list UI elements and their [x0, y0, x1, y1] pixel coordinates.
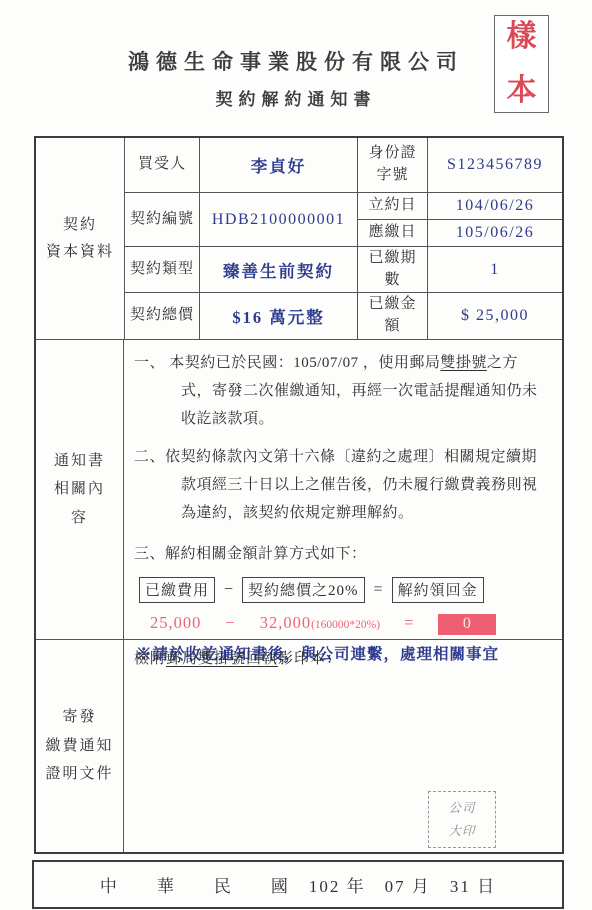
section-label-notice-content: 通知書 相關內 容 — [36, 340, 124, 639]
sign-date-label: 立約日 — [357, 192, 427, 219]
due-date-value: 105/06/26 — [427, 219, 562, 246]
attachment-line: 檢附郵局雙掛號回執影印本： — [134, 651, 342, 667]
notice-item-1-underlined: 雙掛號 — [440, 355, 487, 371]
formula-paid-fees-box: 已繳費用 — [139, 577, 215, 603]
attachment-prefix: 檢附 — [134, 651, 166, 667]
buyer-label: 買受人 — [124, 138, 199, 192]
proof-documents-section: 寄發 繳費通知 證明文件 檢附郵局雙掛號回執影印本： 公司 大印 — [36, 639, 562, 852]
due-date-label: 應繳日 — [357, 219, 427, 246]
total-price-value: $16 萬元整 — [199, 292, 357, 339]
notice-content-section: 通知書 相關內 容 一、 本契約已於民國：105/07/07 ，使用郵局雙掛號之… — [36, 339, 562, 639]
notice-item-3-heading: 三、解約相關金額計算方式如下： — [134, 541, 548, 569]
contract-no-label: 契約編號 — [124, 192, 199, 246]
contract-type-label: 契約類型 — [124, 246, 199, 292]
company-seal-placeholder: 公司 大印 — [428, 791, 496, 848]
buyer-value: 李貞好 — [199, 138, 357, 192]
formula-refund-box: 解約領回金 — [392, 577, 484, 603]
stamp-char-top: 樣 — [507, 22, 537, 52]
contract-notice-table: 契約 資本資料 買受人 李貞好 身份證 字號 S123456789 契約編號 H… — [34, 136, 564, 854]
id-number-value: S123456789 — [427, 138, 562, 192]
sign-date-value: 104/06/26 — [427, 192, 562, 219]
formula-twenty-percent-box: 契約總價之20% — [242, 577, 365, 603]
paid-periods-label: 已繳期 數 — [357, 246, 427, 292]
id-number-label: 身份證 字號 — [357, 138, 427, 192]
calc-paid-amount: 25,000 — [150, 613, 201, 633]
section-label-proof-documents: 寄發 繳費通知 證明文件 — [36, 640, 124, 852]
notice-item-1: 一、 本契約已於民國：105/07/07 ，使用郵局雙掛號之方式，寄發二次催繳通… — [134, 350, 548, 433]
formula-equals-sign: = — [374, 581, 383, 599]
notice-item-1-text: 一、 本契約已於民國：105/07/07 ，使用郵局 — [134, 355, 440, 371]
contract-info-section: 契約 資本資料 買受人 李貞好 身份證 字號 S123456789 契約編號 H… — [36, 138, 562, 339]
notice-item-2: 二、依契約條款內文第十六條〔違約之處理〕相關規定續期款項經三十日以上之催告後，仍… — [134, 444, 548, 527]
refund-formula-row: 已繳費用 − 契約總價之20% = 解約領回金 — [139, 577, 548, 603]
formula-minus-sign: − — [224, 581, 233, 599]
paid-amount-value: $ 25,000 — [427, 292, 562, 339]
contract-type-value: 臻善生前契約 — [199, 246, 357, 292]
calc-minus-sign: − — [225, 613, 235, 633]
proof-documents-body: 檢附郵局雙掛號回執影印本： 公司 大印 — [124, 640, 562, 852]
attachment-suffix: 影印本： — [278, 651, 342, 667]
section-label-contract-info: 契約 資本資料 — [36, 138, 124, 339]
sample-stamp: 樣 本 — [494, 15, 549, 113]
stamp-char-bottom: 本 — [507, 76, 537, 106]
calc-equals-sign: = — [404, 613, 414, 633]
roc-date-bar: 中 華 民 國 102 年 07 月 31 日 — [32, 860, 564, 909]
calc-deduction: 32,000(160000*20%) — [260, 613, 380, 633]
refund-calculation-row: 25,000 − 32,000(160000*20%) = 0 — [150, 613, 548, 635]
document-page: 鴻德生命事業股份有限公司 契約解約通知書 樣 本 契約 資本資料 買受人 李貞好… — [0, 0, 592, 910]
calc-deduction-amount: 32,000 — [260, 613, 311, 632]
paid-periods-value: 1 — [427, 246, 562, 292]
attachment-underlined: 郵局雙掛號回執 — [166, 651, 278, 667]
notice-body: 一、 本契約已於民國：105/07/07 ，使用郵局雙掛號之方式，寄發二次催繳通… — [124, 340, 562, 639]
calc-result-highlight: 0 — [438, 614, 496, 635]
calc-deduction-note: (160000*20%) — [311, 619, 380, 631]
total-price-label: 契約總價 — [124, 292, 199, 339]
contract-no-value: HDB2100000001 — [199, 192, 357, 246]
paid-amount-label: 已繳金 額 — [357, 292, 427, 339]
